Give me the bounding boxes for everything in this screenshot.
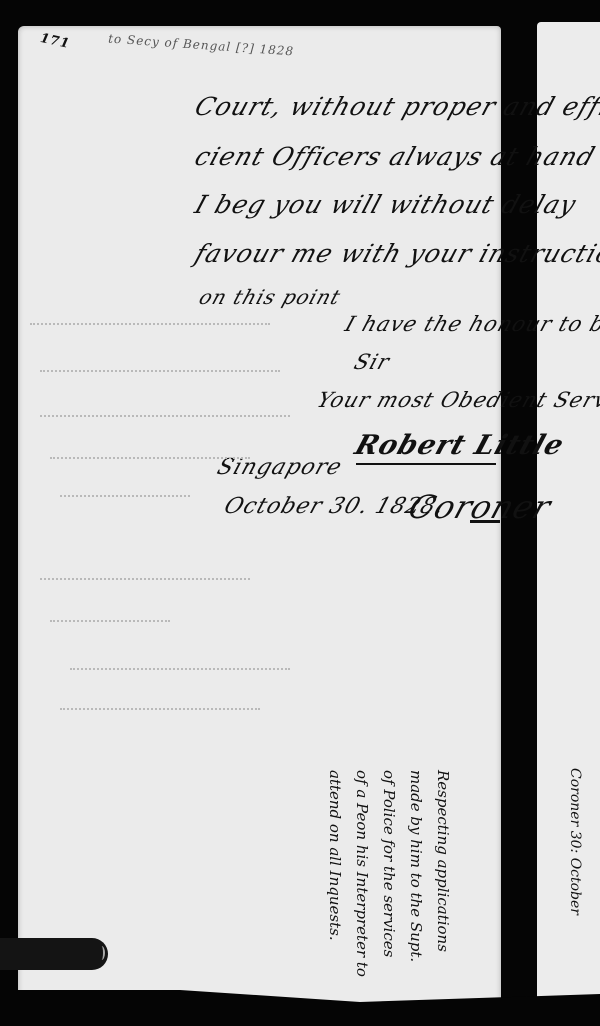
bleed-through-line — [50, 620, 170, 623]
bleed-through-line — [40, 578, 250, 581]
margin-note-line-2: made by him to the Supt. — [402, 770, 429, 977]
margin-note-line-5: attend on all Inquests. — [321, 770, 348, 977]
margin-note-line-1: Respecting applications — [429, 770, 456, 977]
closing-line-3: Your most Obedient Servant — [314, 388, 600, 412]
bleed-through-line — [40, 415, 290, 418]
body-line-1: Court, without proper and effi- — [191, 92, 600, 121]
bleed-through-line — [70, 668, 290, 671]
bleed-through-line — [40, 370, 280, 373]
bleed-through-line — [60, 495, 190, 498]
title-flourish — [470, 520, 500, 523]
bleed-through-line — [60, 708, 260, 711]
body-line-2: cient Officers always at hand — [191, 142, 599, 171]
edge-note: Coroner 30: October — [561, 768, 588, 915]
closing-line-1: I have the honour to be — [342, 312, 600, 336]
margin-note-line-4: of a Peon his Interpreter to — [348, 770, 375, 977]
bleed-through-line — [30, 323, 270, 326]
margin-docket-note: Respecting applications made by him to t… — [321, 770, 456, 977]
signature-name: Robert Little — [351, 430, 568, 461]
signature-underline — [356, 463, 496, 465]
bleed-through-line — [50, 457, 250, 460]
binder-clip — [0, 938, 108, 970]
body-line-3: I beg you will without delay — [191, 190, 580, 219]
margin-note-line-3: of Police for the services — [375, 770, 402, 977]
body-line-5: on this point — [196, 285, 344, 309]
body-line-4: favour me with your instructions — [191, 239, 600, 268]
